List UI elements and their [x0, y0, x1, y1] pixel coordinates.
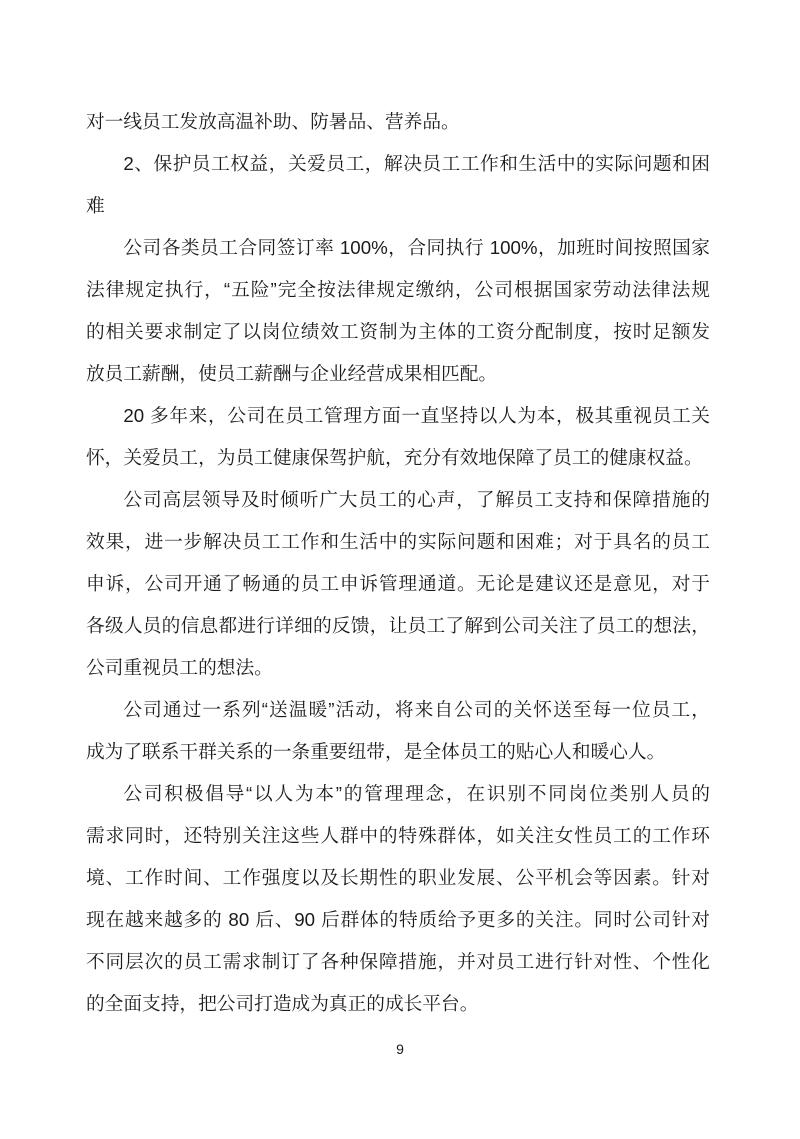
- text-line: 对一线员工发放高温补助、防暑品、营养品。: [86, 101, 710, 143]
- text-line: 法律规定执行，“五险”完全按法律规定缴纳，公司根据国家劳动法律法规: [86, 269, 710, 311]
- text-line: 现在越来越多的 80 后、90 后群体的特质给予更多的关注。同时公司针对: [86, 899, 710, 941]
- text-line: 公司积极倡导“以人为本”的管理理念，在识别不同岗位类别人员的: [86, 773, 710, 815]
- text-line: 公司重视员工的想法。: [86, 647, 710, 689]
- text-line: 公司各类员工合同签订率 100%，合同执行 100%，加班时间按照国家: [86, 227, 710, 269]
- text-line: 公司高层领导及时倾听广大员工的心声，了解员工支持和保障措施的: [86, 479, 710, 521]
- document-body: 对一线员工发放高温补助、防暑品、营养品。 2、保护员工权益，关爱员工，解决员工工…: [86, 101, 710, 1025]
- text-line: 怀，关爱员工，为员工健康保驾护航，充分有效地保障了员工的健康权益。: [86, 437, 710, 479]
- text-line: 效果，进一步解决员工工作和生活中的实际问题和困难；对于具名的员工: [86, 521, 710, 563]
- text-line: 难: [86, 185, 710, 227]
- text-line: 2、保护员工权益，关爱员工，解决员工工作和生活中的实际问题和困: [86, 143, 710, 185]
- text-line: 各级人员的信息都进行详细的反馈，让员工了解到公司关注了员工的想法，: [86, 605, 710, 647]
- text-line: 申诉，公司开通了畅通的员工申诉管理通道。无论是建议还是意见，对于: [86, 563, 710, 605]
- text-line: 不同层次的员工需求制订了各种保障措施，并对员工进行针对性、个性化: [86, 941, 710, 983]
- text-line: 20 多年来，公司在员工管理方面一直坚持以人为本，极其重视员工关: [86, 395, 710, 437]
- text-line: 的相关要求制定了以岗位绩效工资制为主体的工资分配制度，按时足额发: [86, 311, 710, 353]
- page-number: 9: [0, 1041, 800, 1057]
- text-line: 境、工作时间、工作强度以及长期性的职业发展、公平机会等因素。针对: [86, 857, 710, 899]
- text-line: 的全面支持，把公司打造成为真正的成长平台。: [86, 983, 710, 1025]
- text-line: 成为了联系干群关系的一条重要纽带，是全体员工的贴心人和暖心人。: [86, 731, 710, 773]
- text-line: 公司通过一系列“送温暖”活动，将来自公司的关怀送至每一位员工，: [86, 689, 710, 731]
- text-line: 需求同时，还特别关注这些人群中的特殊群体，如关注女性员工的工作环: [86, 815, 710, 857]
- text-line: 放员工薪酬，使员工薪酬与企业经营成果相匹配。: [86, 353, 710, 395]
